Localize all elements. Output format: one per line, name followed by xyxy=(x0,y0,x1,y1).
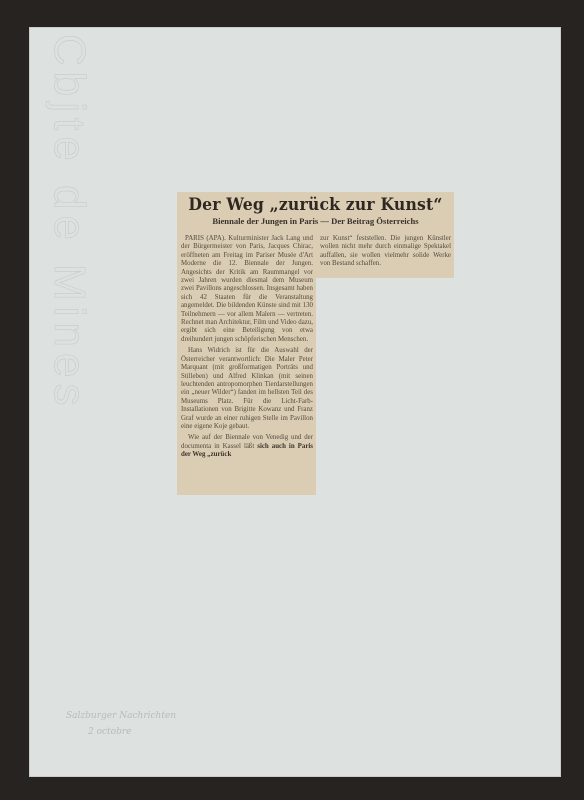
clipping-right-column: zur Kunst“ feststellen. Die jungen Künst… xyxy=(316,232,454,278)
clipping-left-column: PARIS (APA). Kulturminister Jack Lang un… xyxy=(177,232,316,495)
paragraph: Hans Widrich ist für die Auswahl der Öst… xyxy=(181,347,313,431)
paragraph: PARIS (APA). Kulturminister Jack Lang un… xyxy=(181,235,313,344)
headline: Der Weg „zurück zur Kunst“ xyxy=(188,195,443,215)
handwritten-source-note: Salzburger Nachrichten 2 octobre xyxy=(66,708,176,740)
handwritten-date: 2 octobre xyxy=(66,724,176,740)
watermark-stamp: Cbjte de Mines xyxy=(44,34,94,411)
subheadline: Biennale der Jungen in Paris — Der Beitr… xyxy=(177,215,454,227)
handwritten-source: Salzburger Nachrichten xyxy=(66,708,176,724)
paragraph: zur Kunst“ feststellen. Die jungen Künst… xyxy=(320,235,451,269)
paragraph: Wie auf der Biennale von Venedig und der… xyxy=(181,434,313,459)
clipping-header: Der Weg „zurück zur Kunst“ Biennale der … xyxy=(177,192,454,232)
